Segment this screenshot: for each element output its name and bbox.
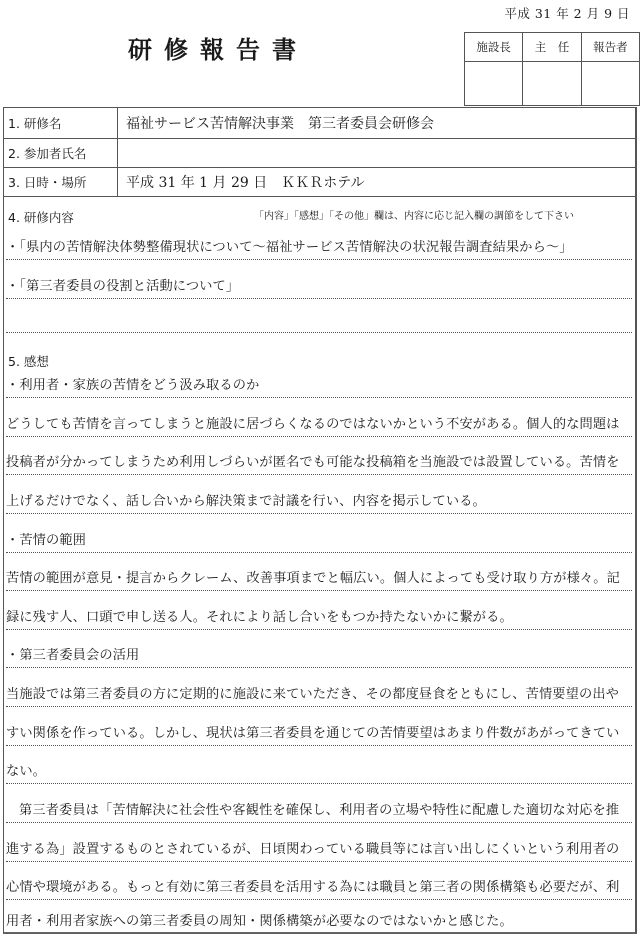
field-label: 3. 日時・場所 [8,168,118,196]
column-divider [117,139,118,167]
approval-header-facility-director: 施設長 [465,33,523,62]
field-row-datetime-place: 3. 日時・場所 平成 31 年 1 月 29 日 ＫＫＲホテル [4,168,635,197]
impression-line[interactable]: ない。 [6,762,632,784]
impression-line[interactable]: 苦情の範囲が意見・提言からクレーム、改善事項までと幅広い。個人によっても受け取り… [6,569,632,591]
stamp-box-reporter[interactable] [581,62,639,106]
impression-line[interactable]: 進する為」設置するものとされているが、日頃関わっている職員等には言い出しにくいと… [6,840,632,862]
report-form: 1. 研修名 福祉サービス苦情解決事業 第三者委員会研修会 2. 参加者氏名 3… [3,107,637,934]
field-row-participant-name: 2. 参加者氏名 [4,139,635,168]
content-line[interactable] [6,311,632,333]
impression-line[interactable]: 録に残す人、口頭で申し送る人。それにより話し合いをもつか持たないかに繋がる。 [6,608,632,630]
section-training-content-label: 4. 研修内容 [8,208,74,226]
impression-line[interactable]: どうしても苦情を言ってしまうと施設に居づらくなるのではないかという不安がある。個… [6,415,632,437]
impression-line[interactable]: 投稿者が分かってしまうため利用しづらいが匿名でも可能な投稿箱を当施設では設置して… [6,453,632,475]
stamp-box-supervisor[interactable] [523,62,581,106]
column-divider [117,108,118,138]
field-label: 1. 研修名 [8,108,118,138]
training-name-field[interactable]: 福祉サービス苦情解決事業 第三者委員会研修会 [126,108,631,138]
approval-stamp-table: 施設長 主 任 報告者 [464,32,640,106]
content-line[interactable]: ・「第三者委員の役割と活動について」 [6,277,632,299]
impression-line[interactable]: 当施設では第三者委員の方に定期的に施設に来ていただき、その都度昼食をともにし、苦… [6,685,632,707]
document-title: 研修報告書 [128,30,308,65]
field-label: 2. 参加者氏名 [8,139,118,167]
impression-line[interactable]: 心情や環境がある。もっと有効に第三者委員を活用する為には職員と第三者の関係構築も… [6,878,632,900]
impression-line[interactable]: ・利用者・家族の苦情をどう汲み取るのか [6,376,632,398]
impression-line[interactable]: 上げるだけでなく、話し合いから解決策まで討議を行い、内容を掲示している。 [6,492,632,514]
impression-line[interactable]: ・第三者委員会の活用 [6,646,632,668]
instruction-note: 「内容」「感想」「その他」欄は、内容に応じ記入欄の調節をして下さい [254,207,574,222]
stamp-box-facility-director[interactable] [465,62,523,106]
impression-line[interactable]: 第三者委員は「苦情解決に社会性や客観性を確保し、利用者の立場や特性に配慮した適切… [6,801,632,823]
field-row-training-name: 1. 研修名 福祉サービス苦情解決事業 第三者委員会研修会 [4,108,635,139]
content-line[interactable]: ・「県内の苦情解決体勢整備現状について～福祉サービス苦情解決の状況報告調査結果か… [6,238,632,260]
participant-name-field[interactable] [126,139,631,167]
impression-line[interactable]: すい関係を作っている。しかし、現状は第三者委員を通じての苦情要望はあまり件数があ… [6,724,632,746]
approval-header-reporter: 報告者 [581,33,639,62]
impression-line[interactable]: 用者・利用者家族への第三者委員の周知・関係構築が必要なのではないかと感じた。 [6,912,632,934]
section-impressions-label: 5. 感想 [8,352,49,370]
impression-line[interactable]: ・苦情の範囲 [6,531,632,553]
column-divider [117,168,118,196]
datetime-place-field[interactable]: 平成 31 年 1 月 29 日 ＫＫＲホテル [126,168,631,196]
report-date: 平成 31 年 2 月 9 日 [504,4,630,22]
approval-header-supervisor: 主 任 [523,33,581,62]
